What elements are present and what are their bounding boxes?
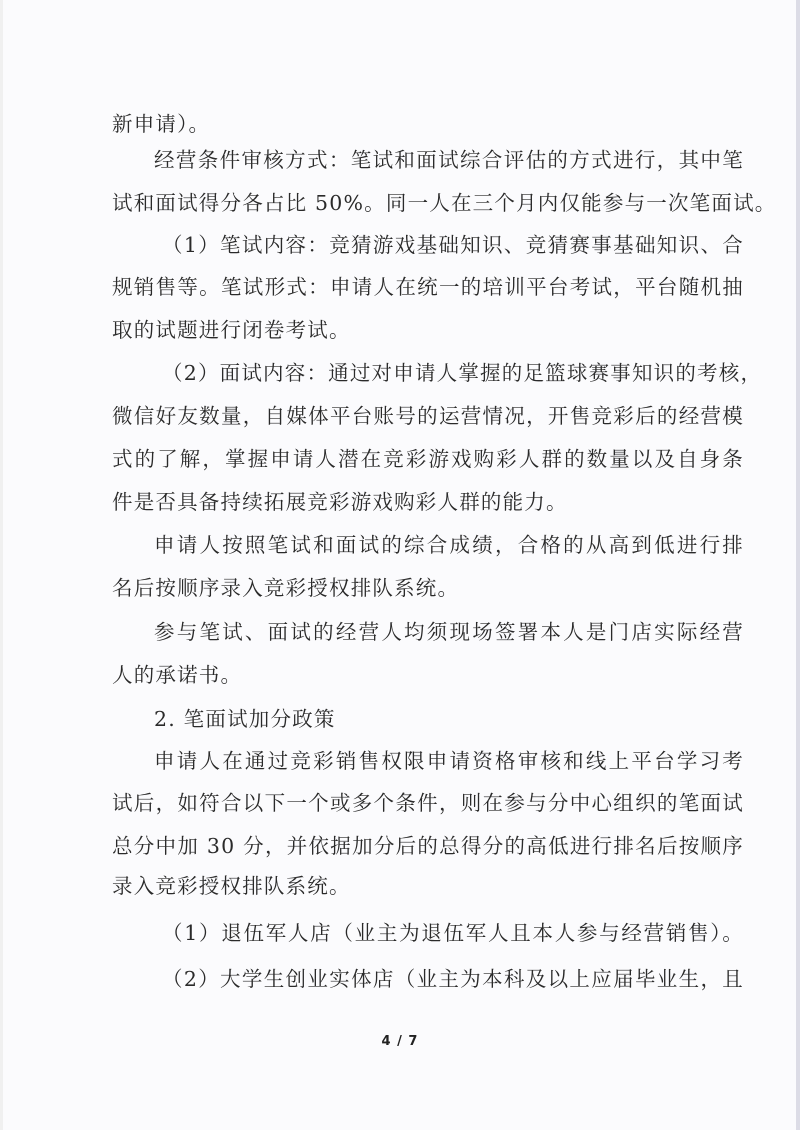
text-line: 录入竞彩授权排队系统。 — [112, 873, 744, 899]
text-line: 人的承诺书。 — [112, 662, 744, 688]
text-line: 取的试题进行闭卷考试。 — [112, 317, 744, 343]
text-line: 微信好友数量，自媒体平台账号的运营情况，开售竞彩后的经营模 — [112, 403, 744, 429]
page-left-edge — [0, 0, 3, 1130]
text-line: 试后，如符合以下一个或多个条件，则在参与分中心组织的笔面试 — [112, 790, 744, 816]
text-line: （2）大学生创业实体店（业主为本科及以上应届毕业生，且 — [162, 966, 744, 992]
text-line: 申请人在通过竞彩销售权限申请资格审核和线上平台学习考 — [154, 748, 744, 774]
text-line: 试和面试得分各占比 50%。同一人在三个月内仅能参与一次笔面试。 — [112, 190, 744, 216]
text-line: （1）退伍军人店（业主为退伍军人且本人参与经营销售）。 — [162, 920, 744, 946]
text-line: 式的了解，掌握申请人潜在竞彩游戏购彩人群的数量以及自身条 — [112, 446, 744, 472]
page-right-edge — [796, 0, 800, 1130]
page-number: 4 / 7 — [0, 1034, 800, 1049]
text-line: 规销售等。笔试形式：申请人在统一的培训平台考试，平台随机抽 — [112, 274, 744, 300]
section-heading: 2. 笔面试加分政策 — [154, 706, 744, 732]
text-line: 件是否具备持续拓展竞彩游戏购彩人群的能力。 — [112, 489, 744, 515]
text-line: 经营条件审核方式：笔试和面试综合评估的方式进行，其中笔 — [154, 147, 744, 173]
text-line: 名后按顺序录入竞彩授权排队系统。 — [112, 575, 744, 601]
text-line: 申请人按照笔试和面试的综合成绩，合格的从高到低进行排 — [154, 532, 744, 558]
text-line: （2）面试内容：通过对申请人掌握的足篮球赛事知识的考核， — [162, 360, 744, 386]
text-line: 新申请）。 — [112, 111, 744, 137]
text-line: （1）笔试内容：竞猜游戏基础知识、竞猜赛事基础知识、合 — [162, 232, 744, 258]
text-line: 总分中加 30 分，并依据加分后的总得分的高低进行排名后按顺序 — [112, 833, 744, 859]
text-line: 参与笔试、面试的经营人均须现场签署本人是门店实际经营 — [154, 619, 744, 645]
